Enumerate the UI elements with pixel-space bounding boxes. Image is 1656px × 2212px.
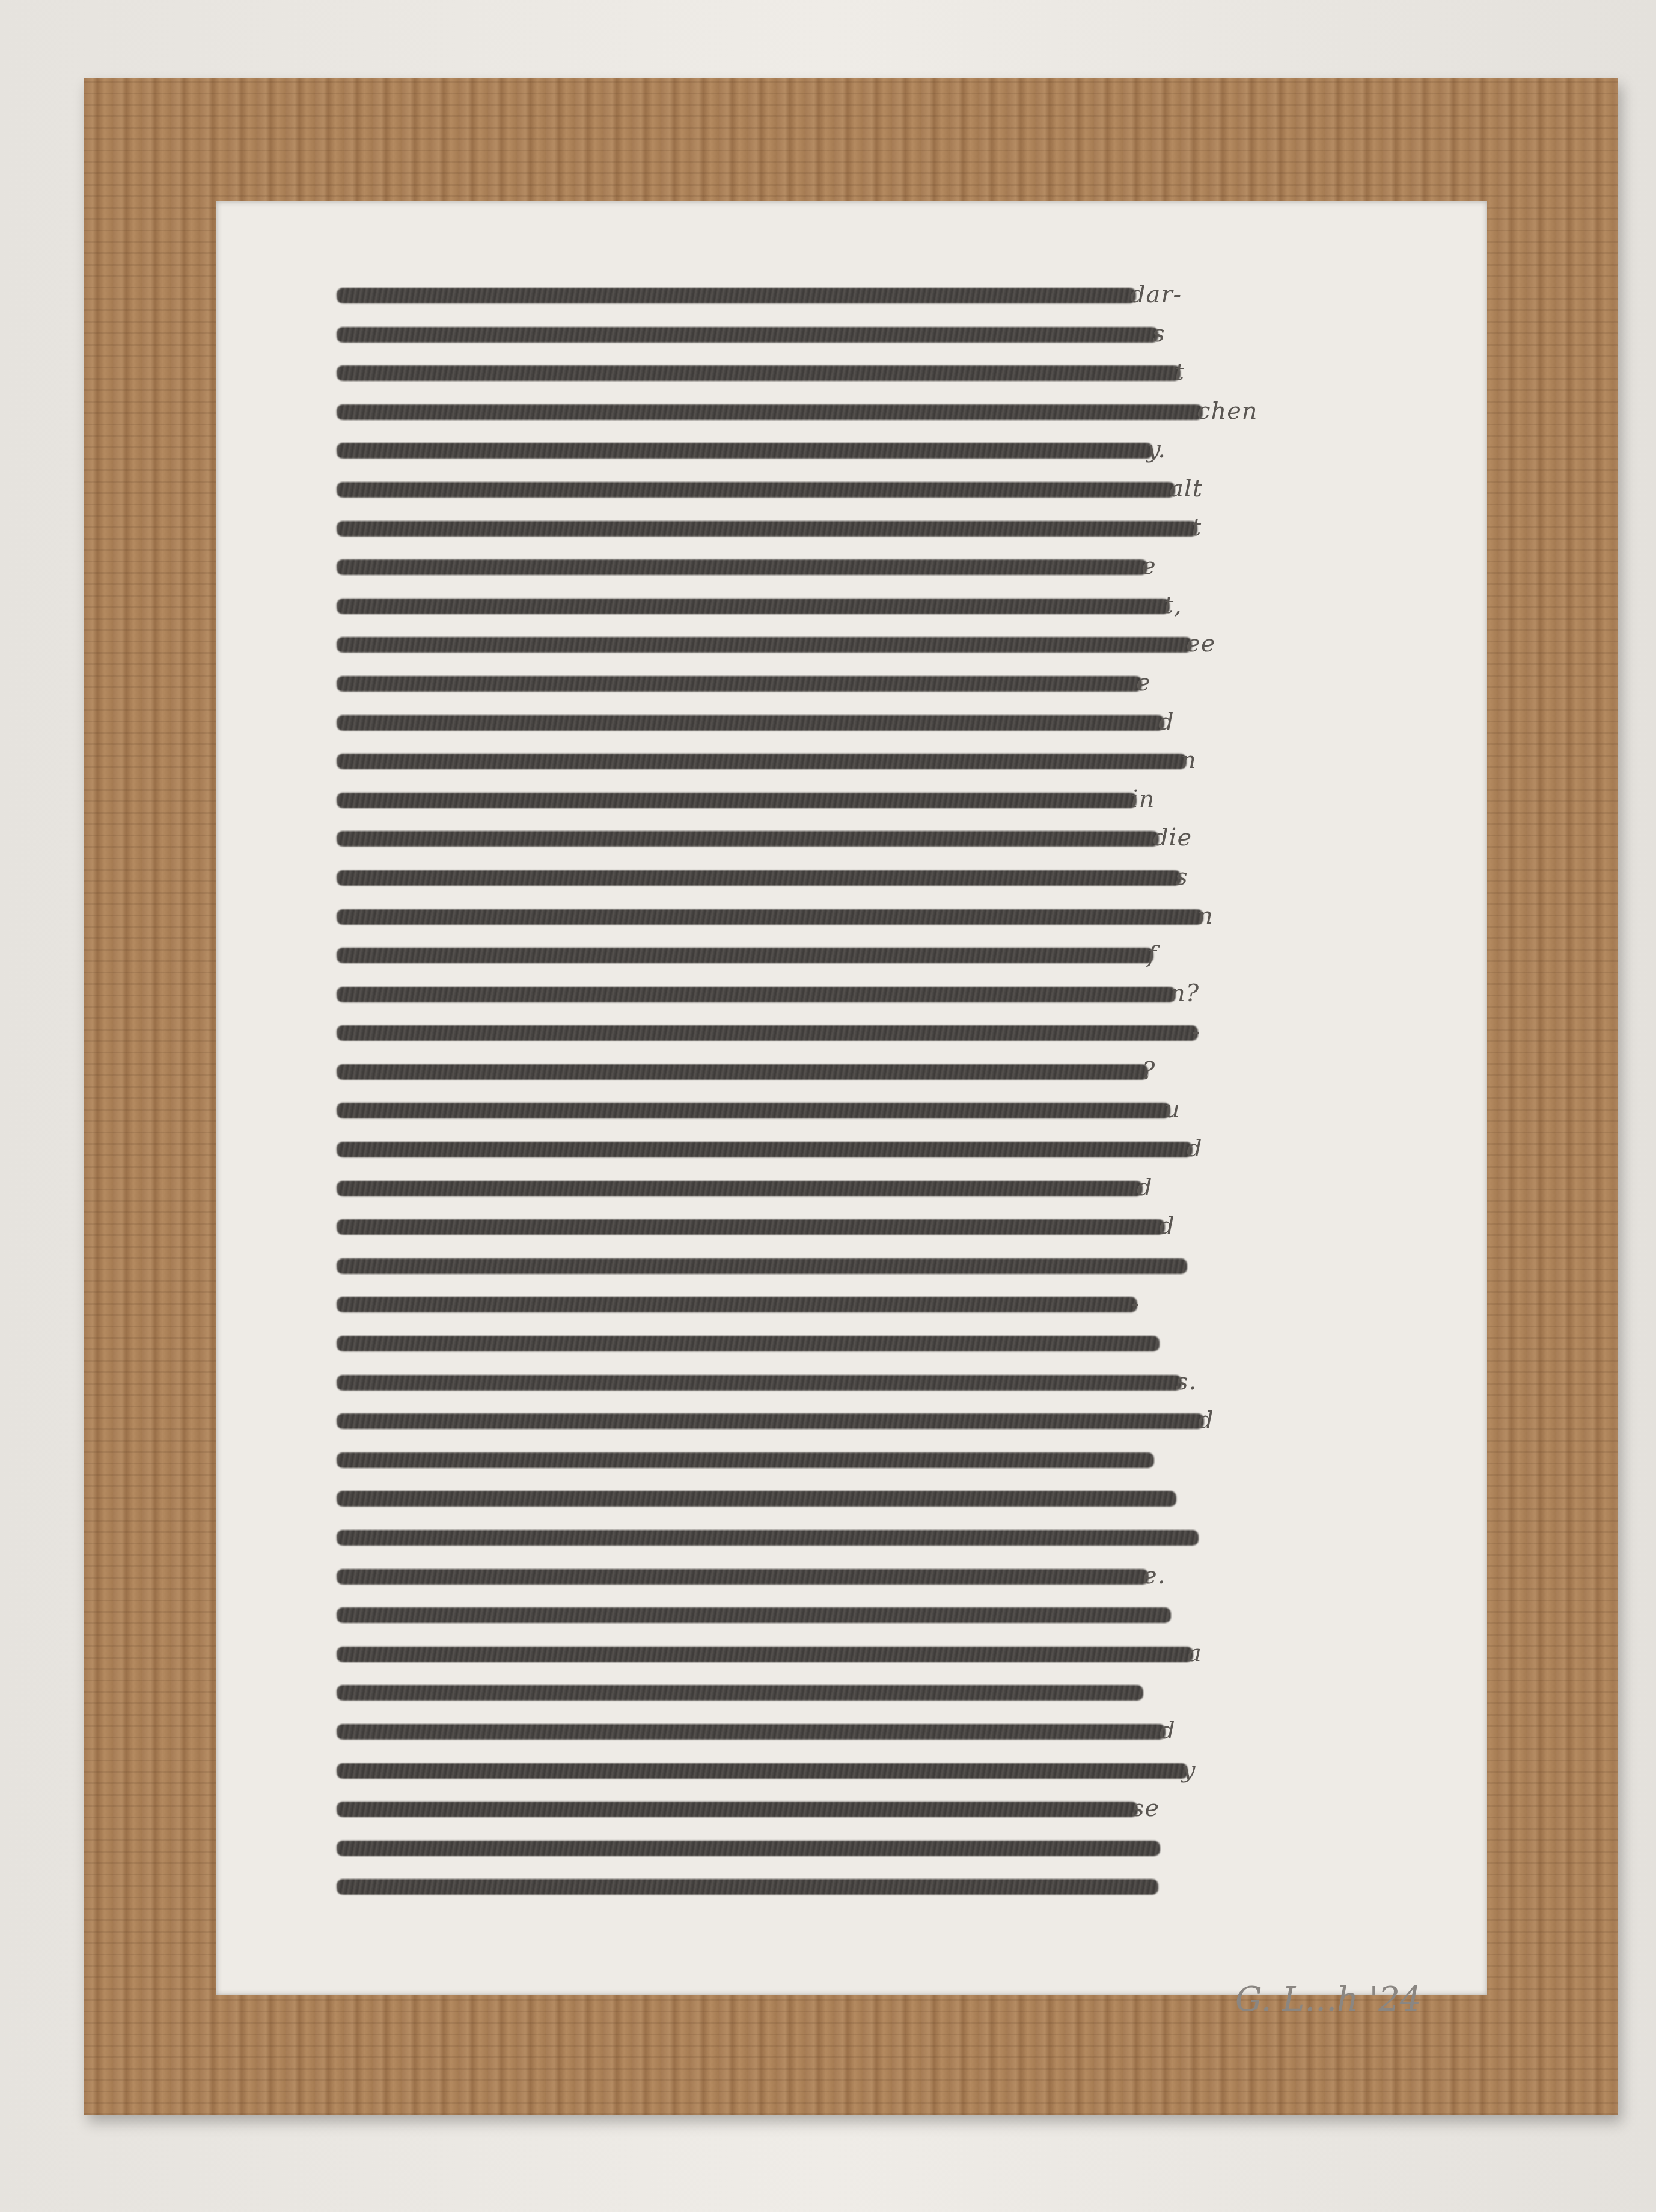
struck-line: e. [337, 1561, 1274, 1587]
struck-line: a [337, 1638, 1274, 1665]
line-ending-text: se [1132, 1794, 1160, 1822]
line-ending-text: s [1152, 320, 1166, 347]
graphite-strike [337, 1685, 1143, 1701]
wooden-frame: dar-stcheny.alttet,eeednindiesnfn?-?uddd… [84, 78, 1618, 2115]
struck-line: n? [337, 978, 1274, 1005]
struck-line: alt [337, 474, 1274, 500]
graphite-strike [337, 754, 1187, 769]
line-ending-text: e. [1143, 1562, 1166, 1589]
line-ending-text: n [1197, 902, 1214, 930]
graphite-strike [337, 1841, 1160, 1856]
struck-line: chen [337, 396, 1274, 422]
line-ending-text: d [1137, 1174, 1153, 1201]
struck-line [337, 1327, 1274, 1354]
line-ending-text: die [1153, 824, 1192, 852]
line-ending-text: d [1159, 1212, 1175, 1240]
line-ending-text: dar- [1130, 281, 1182, 308]
line-ending-text: t [1175, 358, 1185, 386]
struck-line [337, 1250, 1274, 1276]
struck-line: ee [337, 629, 1274, 655]
graphite-strike [337, 1103, 1170, 1118]
struck-line: d [337, 1405, 1274, 1431]
line-ending-text: a [1187, 1639, 1202, 1667]
struck-line [337, 1871, 1274, 1897]
graphite-strike [337, 1413, 1204, 1429]
graphite-strike [337, 1025, 1198, 1041]
struck-line [337, 1444, 1274, 1470]
struck-line: ? [337, 1056, 1274, 1082]
struck-line [337, 1522, 1274, 1548]
artist-signature: G. L...h '24 [1235, 1980, 1421, 2019]
struck-line: t [337, 357, 1274, 383]
graphite-strike [337, 793, 1137, 808]
struck-line [337, 1599, 1274, 1625]
graphite-strike [337, 1802, 1138, 1817]
struck-line [337, 1832, 1274, 1859]
struck-line: d [337, 1716, 1274, 1742]
graphite-strike [337, 987, 1176, 1002]
struck-line: s [337, 318, 1274, 345]
graphite-strike [337, 676, 1142, 692]
line-ending-text: e [1141, 552, 1156, 580]
line-ending-text: y. [1147, 436, 1166, 463]
struck-line: e [337, 668, 1274, 694]
signature-year: '24 [1369, 1980, 1422, 2019]
graphite-strike [337, 404, 1203, 420]
graphite-strike [337, 1879, 1158, 1895]
line-ending-text: ? [1142, 1057, 1155, 1085]
graphite-strike [337, 831, 1159, 847]
graphite-strike [337, 870, 1181, 886]
struck-line: s. [337, 1367, 1274, 1393]
struck-line [337, 1677, 1274, 1703]
graphite-strike [337, 1064, 1148, 1080]
struck-line: n [337, 745, 1274, 772]
line-ending-text: d [1187, 1135, 1203, 1162]
struck-line: f [337, 939, 1274, 966]
struck-line: n [337, 901, 1274, 927]
struck-line: d [337, 1211, 1274, 1237]
graphite-strike [337, 637, 1192, 653]
line-ending-text: t, [1164, 591, 1182, 619]
struck-line: e [337, 551, 1274, 577]
line-ending-text: y [1182, 1756, 1196, 1784]
graphite-strike [337, 288, 1136, 303]
signature-text: G. L...h [1235, 1980, 1358, 2019]
line-ending-text: chen [1197, 397, 1258, 425]
graphite-strike [337, 1607, 1171, 1623]
struck-line: se [337, 1793, 1274, 1820]
graphite-strike [337, 1530, 1199, 1546]
struck-line: y [337, 1755, 1274, 1781]
graphite-strike [337, 1142, 1193, 1157]
graphite-strike [337, 1647, 1193, 1662]
graphite-strike [337, 365, 1181, 381]
line-ending-text: alt [1169, 475, 1203, 502]
line-ending-text: f [1147, 940, 1157, 968]
artwork-paper: dar-stcheny.alttet,eeednindiesnfn?-?uddd… [216, 201, 1487, 1995]
graphite-strike [337, 599, 1170, 614]
graphite-strike [337, 1569, 1149, 1585]
graphite-strike [337, 327, 1158, 343]
graphite-strike [337, 1375, 1182, 1391]
struck-line: u [337, 1094, 1274, 1121]
struck-line: in [337, 784, 1274, 811]
struck-line: t, [337, 590, 1274, 617]
struck-line [337, 1482, 1274, 1509]
graphite-strike [337, 1491, 1176, 1507]
graphite-strike [337, 909, 1203, 925]
line-ending-text: s [1175, 863, 1188, 891]
struck-text-block: dar-stcheny.alttet,eeednindiesnfn?-?uddd… [337, 279, 1274, 1910]
graphite-strike [337, 715, 1164, 731]
graphite-strike [337, 521, 1197, 537]
line-ending-text: d [1158, 708, 1175, 736]
line-ending-text: in [1131, 785, 1155, 813]
line-ending-text: n [1181, 746, 1197, 774]
line-ending-text: - [1131, 1290, 1140, 1317]
struck-line: d [337, 1172, 1274, 1199]
line-ending-text: e [1136, 669, 1151, 696]
graphite-strike [337, 1181, 1143, 1196]
graphite-strike [337, 1336, 1160, 1351]
struck-line: y. [337, 434, 1274, 461]
line-ending-text: d [1160, 1717, 1176, 1744]
line-ending-text: - [1192, 1018, 1201, 1046]
graphite-strike [337, 559, 1147, 575]
line-ending-text: t [1191, 514, 1202, 541]
graphite-strike [337, 1763, 1188, 1779]
line-ending-text: ee [1186, 630, 1215, 657]
graphite-strike [337, 1724, 1166, 1740]
struck-line: d [337, 1133, 1274, 1160]
struck-line: - [337, 1288, 1274, 1315]
graphite-strike [337, 482, 1175, 498]
struck-line: t [337, 513, 1274, 539]
graphite-strike [337, 1452, 1154, 1468]
line-ending-text: n? [1170, 980, 1199, 1007]
struck-line: s [337, 862, 1274, 888]
graphite-strike [337, 948, 1153, 963]
struck-line: dar- [337, 279, 1274, 306]
line-ending-text: u [1164, 1095, 1181, 1123]
struck-line: d [337, 707, 1274, 733]
graphite-strike [337, 1297, 1137, 1312]
struck-line: - [337, 1017, 1274, 1043]
struck-line: die [337, 823, 1274, 849]
line-ending-text: d [1198, 1406, 1214, 1434]
graphite-strike [337, 1219, 1165, 1235]
line-ending-text: s. [1176, 1368, 1197, 1395]
graphite-strike [337, 443, 1153, 459]
graphite-strike [337, 1258, 1187, 1274]
